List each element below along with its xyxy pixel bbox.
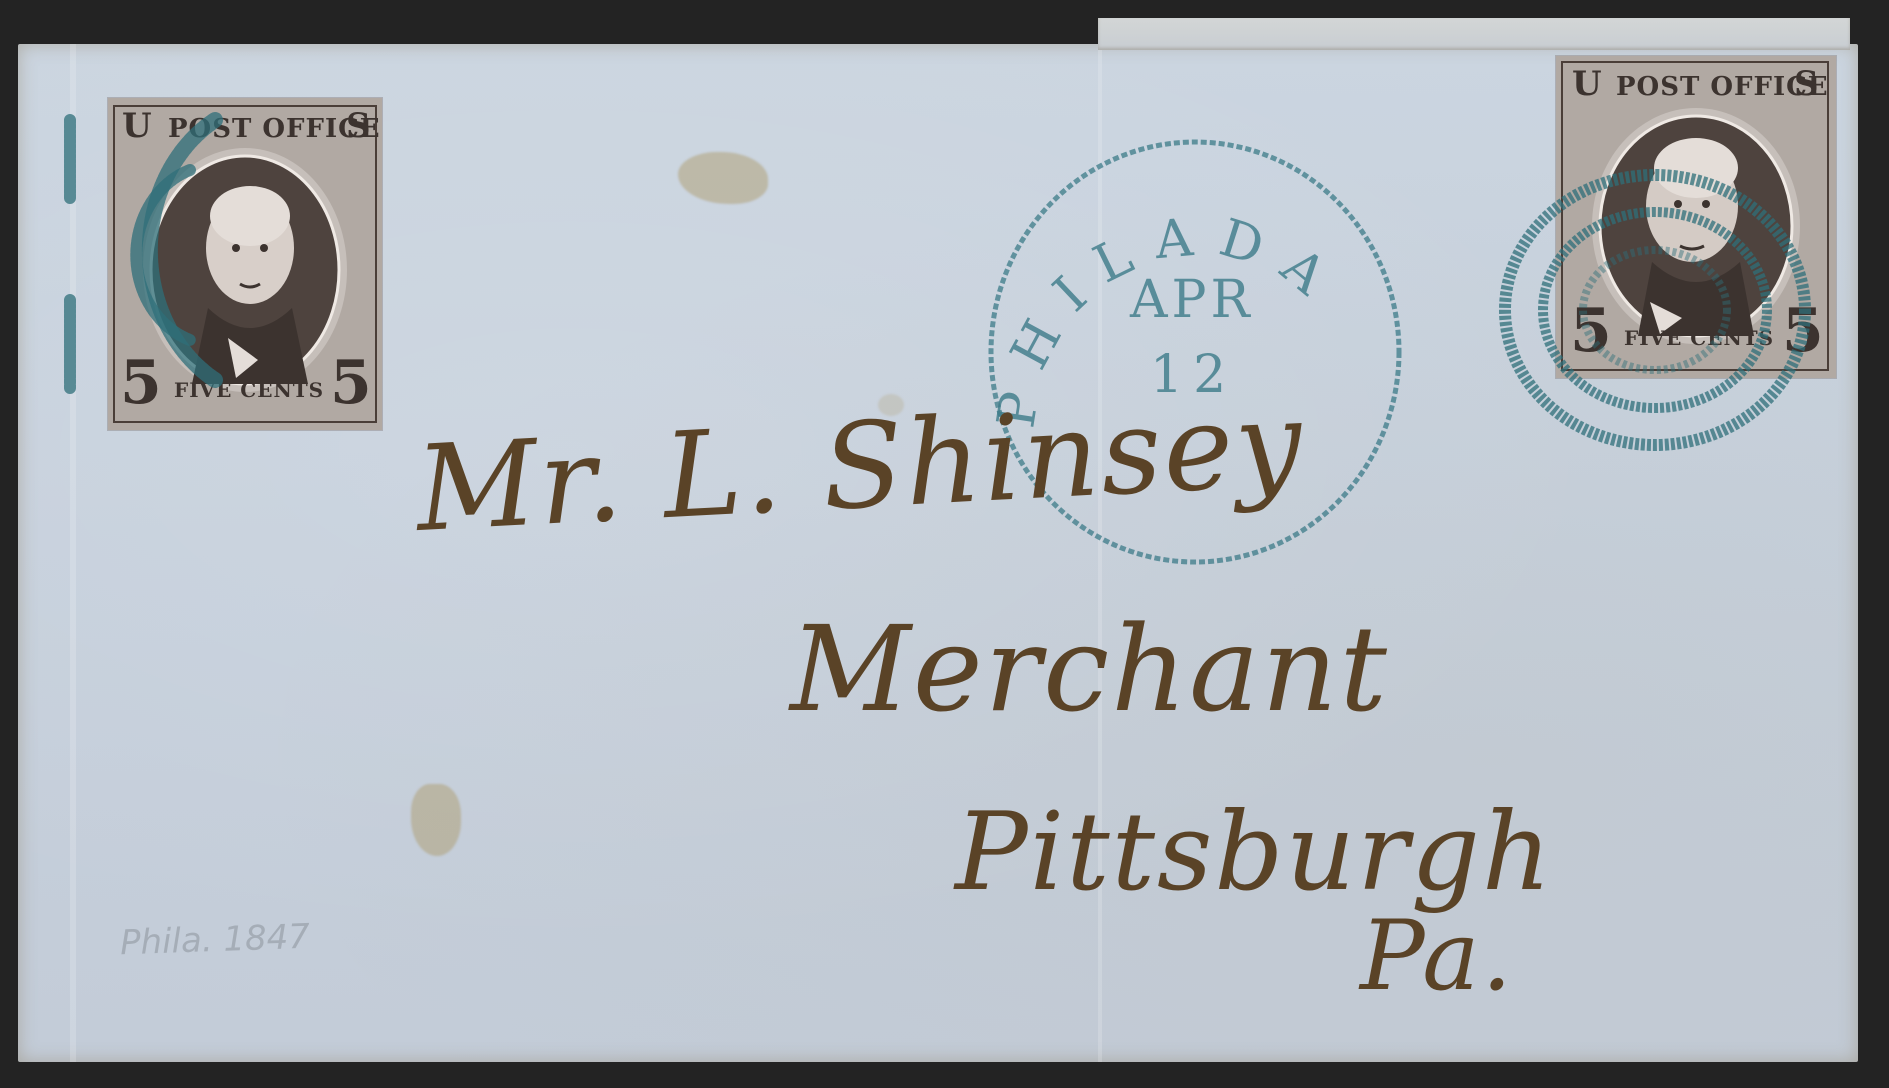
stain: [411, 784, 461, 856]
stamp-left-u: U: [122, 106, 152, 146]
stamp-right-s: S: [1794, 64, 1819, 104]
address-line-3: Pittsburgh: [955, 790, 1553, 915]
address-line-2: Merchant: [790, 600, 1389, 738]
stamp-left-denomination-right: 5: [330, 348, 372, 418]
pencil-notation: Phila. 1847: [119, 917, 310, 964]
stamp-left-s: S: [346, 106, 371, 146]
stamp-right: U POST OFFICE S 5 FIVE CENTS 5: [1556, 56, 1836, 378]
fold-line: [70, 44, 76, 1062]
envelope-flap: [1098, 18, 1850, 50]
stamp-left: U POST OFFICE S 5 FIVE CENTS 5: [108, 98, 382, 430]
postmark-month: APR: [1130, 270, 1254, 330]
stamp-left-five-cents: FIVE CENTS: [174, 378, 324, 402]
stamp-right-u: U: [1572, 64, 1602, 104]
stamp-left-denomination-left: 5: [120, 348, 162, 418]
address-line-4: Pa.: [1360, 900, 1514, 1012]
stamp-right-denomination-left: 5: [1570, 296, 1612, 366]
stamp-right-five-cents: FIVE CENTS: [1624, 326, 1774, 350]
stain: [678, 152, 768, 204]
stamp-right-denomination-right: 5: [1782, 296, 1824, 366]
